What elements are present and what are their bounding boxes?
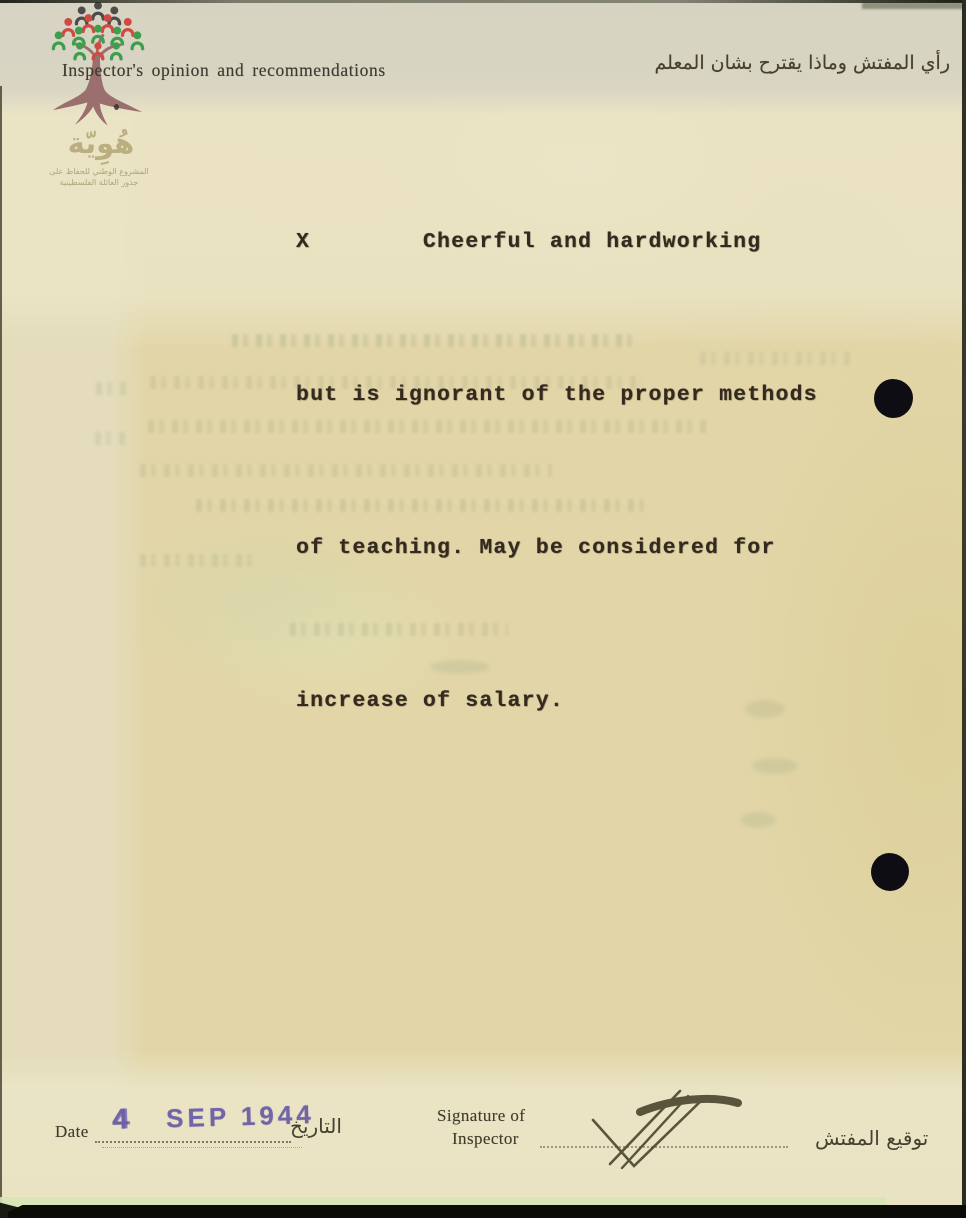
signature-label-line1: Signature of <box>437 1106 525 1126</box>
logo-wordmark: هُوِيّة <box>58 126 144 160</box>
scan-edge-bottom-black <box>8 1205 966 1218</box>
bleed-through-smudge <box>752 758 798 774</box>
hole-punch-top <box>874 379 913 418</box>
bleed-through-smudge <box>745 700 785 718</box>
ink-speck <box>114 104 119 110</box>
opinion-line: of teaching. May be considered for <box>296 523 818 574</box>
date-stamp: 4SEP 1944 <box>112 1098 316 1137</box>
hole-punch-bottom <box>871 853 909 891</box>
date-stamp-day: 4 <box>112 1103 129 1135</box>
bleed-through-smudge <box>430 660 490 674</box>
bleed-through-line <box>148 420 710 433</box>
scan-edge-top <box>0 0 966 3</box>
bleed-through-mark <box>95 432 127 445</box>
signature-label-arabic: توقيع المفتش <box>815 1126 928 1150</box>
bleed-through-line <box>140 554 260 567</box>
header-title-arabic: رأي المفتش وماذا يقترح بشان المعلم <box>654 52 950 74</box>
bleed-through-mark <box>96 382 128 395</box>
header-title-english: Inspector's opinion and recommendations <box>62 60 386 81</box>
scan-edge-right <box>962 0 966 1218</box>
handwritten-signature <box>560 1080 790 1180</box>
bleed-through-line <box>140 464 552 477</box>
scan-edge-top-right <box>862 2 966 9</box>
date-dotted-line <box>95 1141 291 1143</box>
signature-label-line2: Inspector <box>452 1129 519 1149</box>
bleed-through-line <box>196 499 648 512</box>
bleed-through-line <box>700 352 850 365</box>
bleed-through-line <box>150 376 642 389</box>
logo-tagline-line1: المشروع الوطني للحفاظ على <box>40 166 158 177</box>
scanned-document-page: هُوِيّة المشروع الوطني للحفاظ على جذور ا… <box>0 0 966 1218</box>
opinion-line: increase of salary. <box>296 676 818 727</box>
scan-edge-left <box>0 86 2 1218</box>
opinion-line: X Cheerful and hardworking <box>296 217 818 268</box>
logo-tagline-line2: جذور العائلة الفلسطينية <box>40 177 158 188</box>
bleed-through-line <box>232 334 638 347</box>
bleed-through-smudge <box>740 812 776 828</box>
date-dotted-line-secondary <box>102 1147 302 1148</box>
bleed-through-line <box>290 623 508 636</box>
logo-tagline: المشروع الوطني للحفاظ على جذور العائلة ا… <box>40 166 158 188</box>
date-label-arabic: التاريخ <box>290 1114 342 1138</box>
date-label: Date <box>55 1122 89 1142</box>
